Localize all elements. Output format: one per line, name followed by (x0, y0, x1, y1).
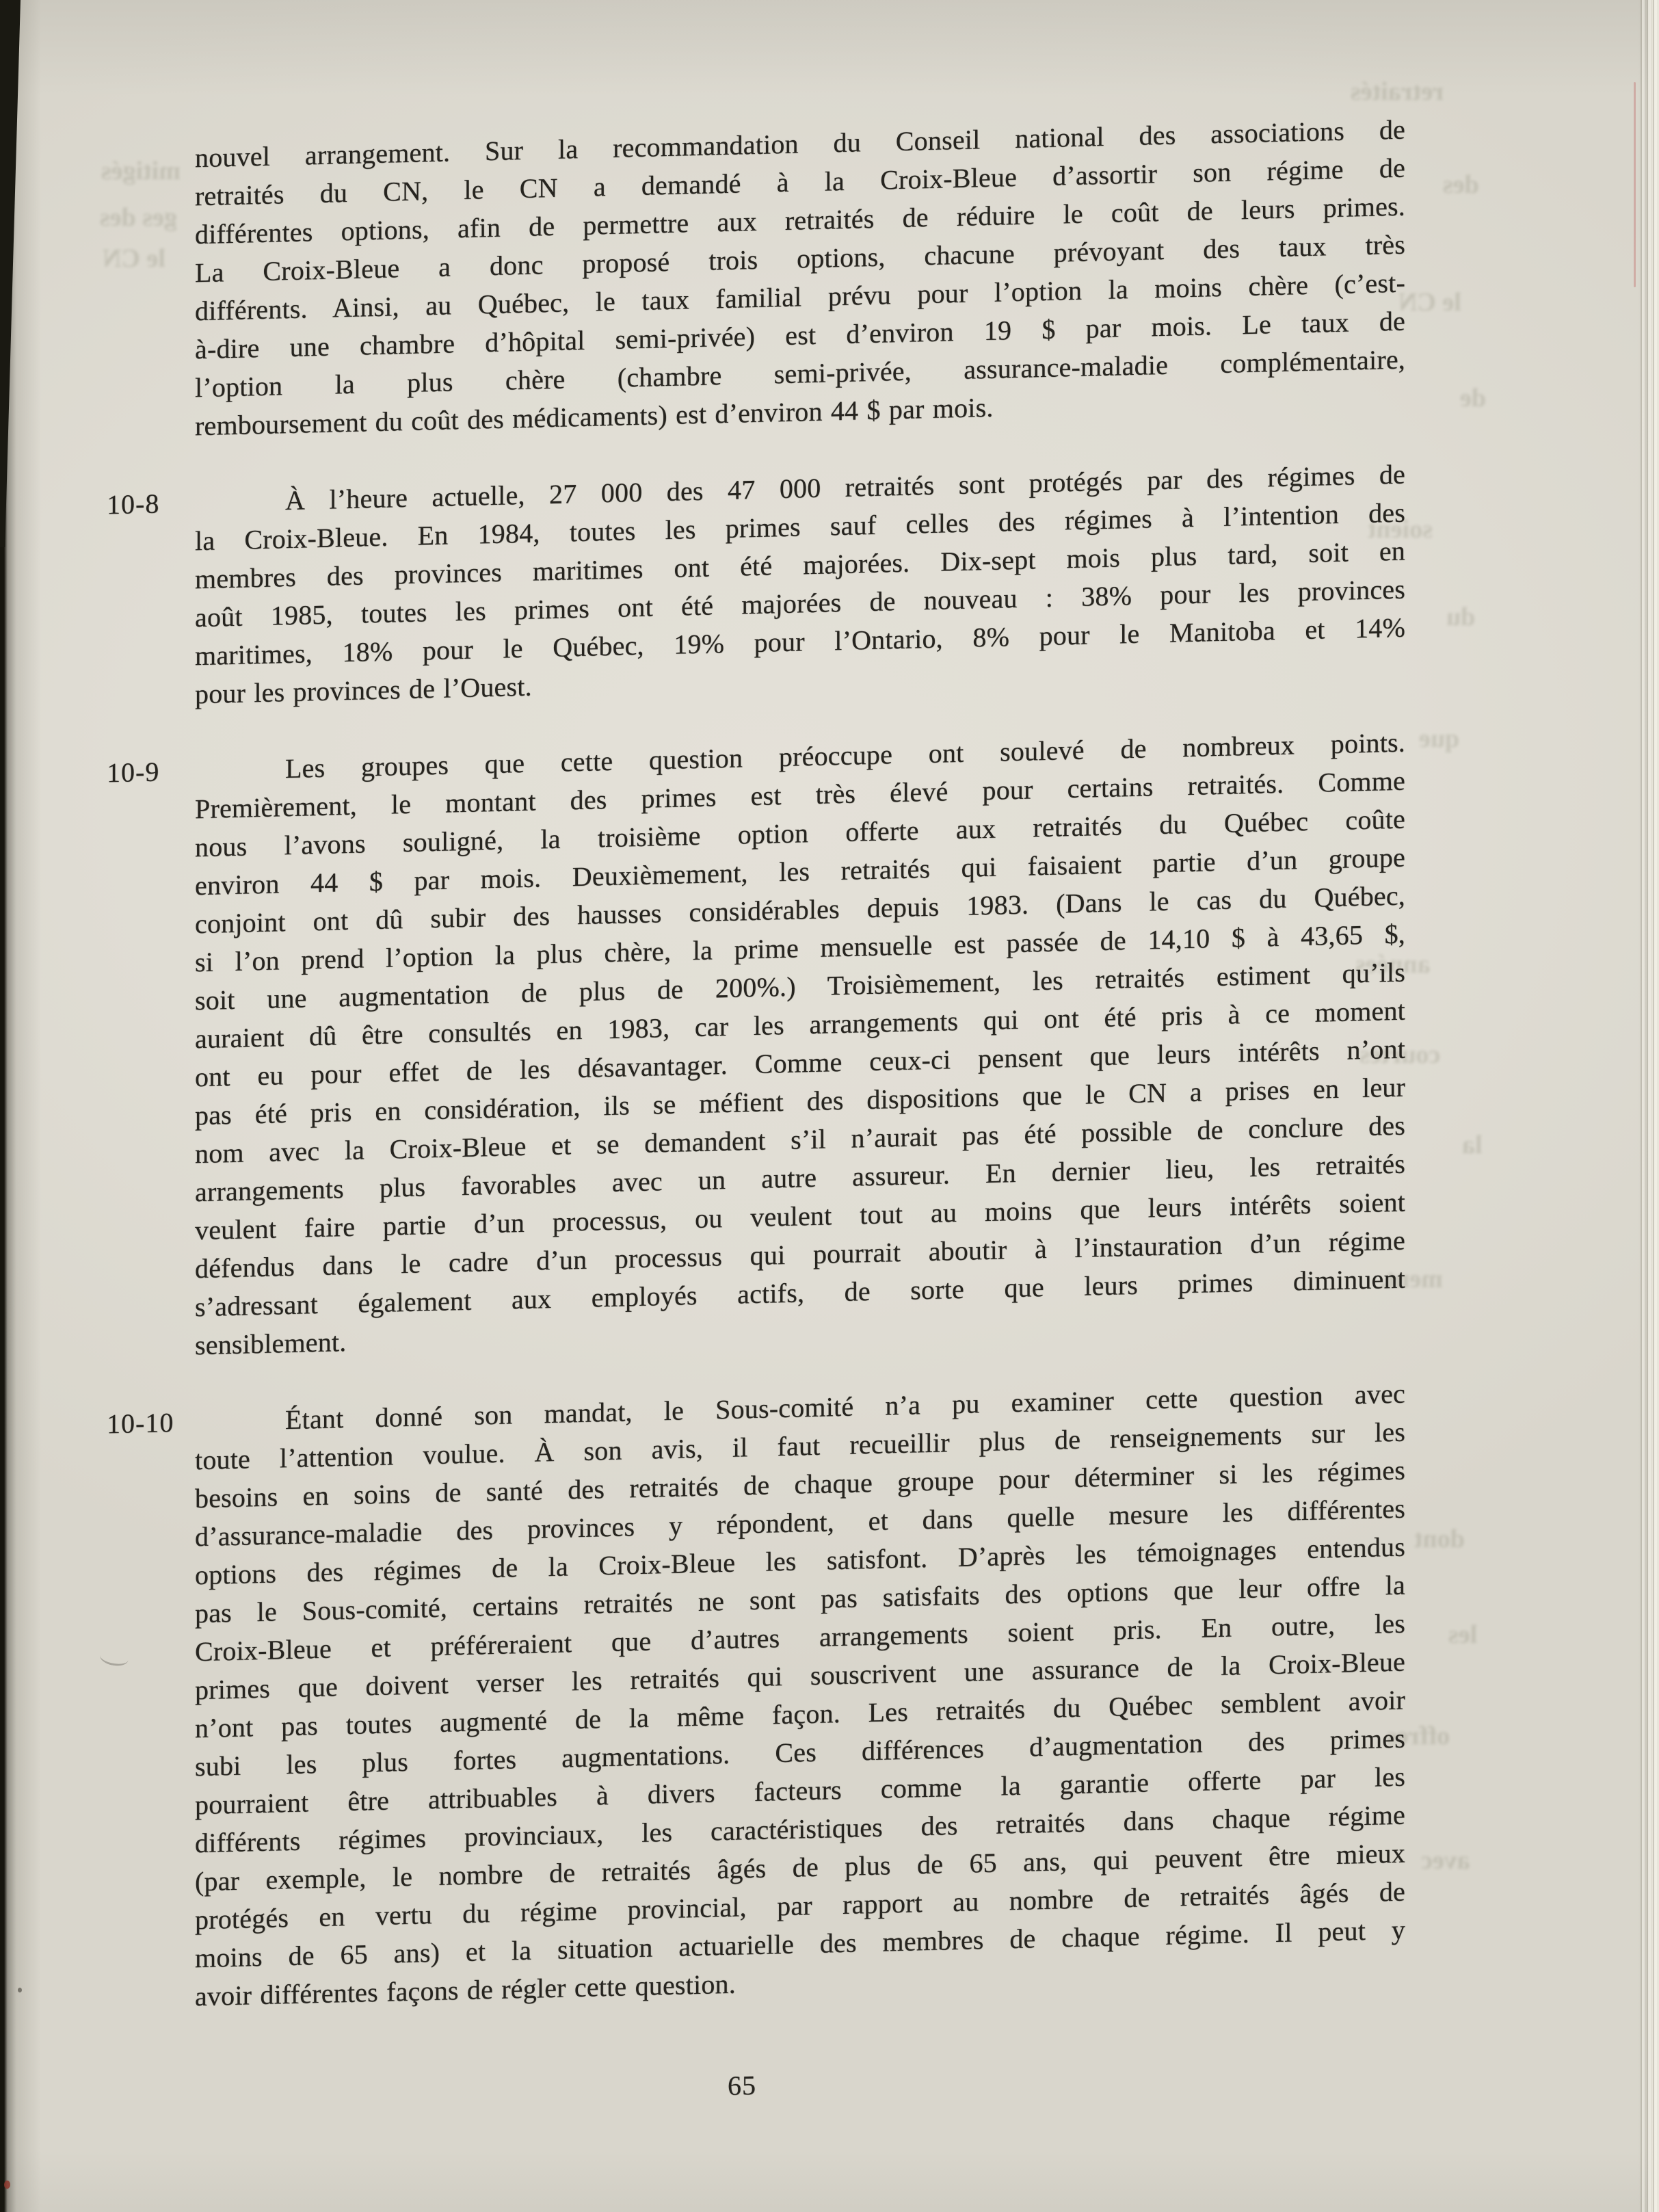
paragraph-body: nouvel arrangement. Sur la recommandatio… (195, 111, 1405, 446)
paragraph-body: Les groupes que cette question préoccupe… (195, 724, 1405, 1365)
paper-speck (18, 1988, 22, 1992)
paragraph-body: À l’heure actuelle, 27 000 des 47 000 re… (195, 456, 1405, 714)
paragraph: 10-8 À l’heure actuelle, 27 000 des 47 0… (0, 449, 1659, 718)
scanned-page: mitigésges desle CNretraitésdesle CNdeso… (0, 0, 1659, 2212)
page-content: nouvel arrangement. Sur la recommandatio… (0, 105, 1659, 2020)
paragraph: 10-10 Étant donné son mandat, le Sous-co… (0, 1369, 1659, 2020)
bleedthrough-text: retraités (1351, 77, 1444, 107)
paragraph: nouvel arrangement. Sur la recommandatio… (0, 105, 1659, 450)
page-stack-edge (1638, 0, 1659, 2212)
paragraph-body: Étant donné son mandat, le Sous-comité n… (195, 1375, 1405, 2016)
paper-speck (4, 2181, 10, 2189)
page-edge-mark (1634, 82, 1636, 287)
paragraph: 10-9 Les groupes que cette question préo… (0, 717, 1659, 1369)
page-number: 65 (694, 2068, 790, 2103)
